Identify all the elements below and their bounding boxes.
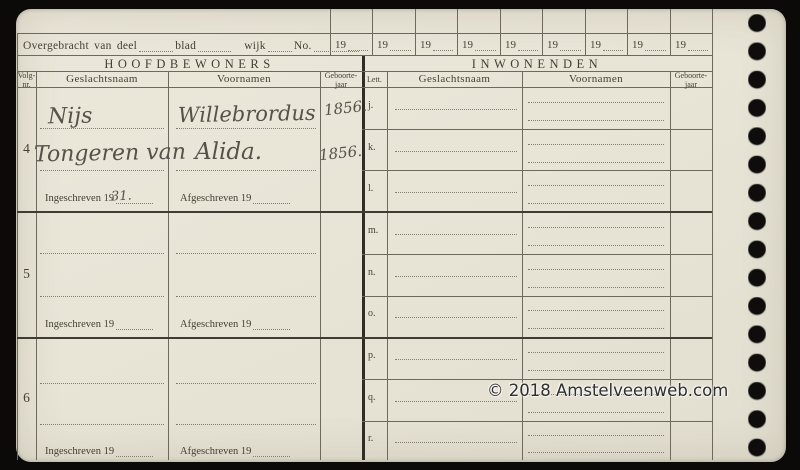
block-divider: [17, 211, 712, 213]
grid-line: [362, 170, 712, 171]
writing-line: [40, 253, 164, 254]
afgeschreven-entry4: Afgeschreven 19: [180, 193, 290, 204]
ingeschreven-label: Ingeschreven 19: [45, 446, 114, 457]
col-header-geslachtsnaam: Geslachtsnaam: [36, 73, 168, 85]
letter-row-label: o.: [368, 308, 376, 319]
afgeschreven-entry6: Afgeschreven 19: [180, 446, 290, 457]
letter-row-label: n.: [368, 267, 376, 278]
dotted-blank: [253, 453, 290, 457]
year-cell: 19: [542, 33, 585, 55]
dotted-blank: [688, 47, 708, 51]
blad-label: blad: [175, 40, 196, 52]
letter-row-label: q.: [368, 392, 376, 403]
writing-line: [176, 253, 316, 254]
grid-line: [320, 71, 321, 460]
letter-row-label: l.: [368, 183, 373, 194]
writing-line: [40, 424, 164, 425]
writing-line: [528, 452, 664, 453]
writing-line: [395, 401, 517, 402]
writing-line: [395, 192, 517, 193]
dotted-blank: [253, 200, 290, 204]
ingeschreven-entry4: Ingeschreven 19: [45, 193, 153, 204]
punch-holes-strip: [748, 14, 766, 458]
grid-line: [362, 296, 712, 297]
handwritten-ingeschreven-jaar: 31.: [111, 188, 132, 204]
writing-line: [528, 162, 664, 163]
grid-line: [362, 379, 712, 380]
year-label: 19: [590, 39, 601, 51]
col-header-geboortejaar: Geboorte- jaar: [320, 72, 362, 89]
handwritten-geslachtsnaam: Nijs: [48, 104, 93, 130]
afgeschreven-entry5: Afgeschreven 19: [180, 319, 290, 330]
writing-line: [40, 170, 164, 171]
col-header-geboortejaar: Geboorte- jaar: [670, 72, 712, 89]
col-header-geslachtsnaam: Geslachtsnaam: [387, 73, 522, 85]
grid-line: [17, 55, 712, 56]
letter-row-label: p.: [368, 350, 376, 361]
writing-line: [395, 234, 517, 235]
letter-row-label: j.: [368, 100, 373, 111]
writing-line: [528, 435, 664, 436]
volgnr-6: 6: [17, 390, 36, 406]
year-cell: 19: [372, 33, 415, 55]
dotted-blank: [348, 47, 368, 51]
dotted-blank: [116, 326, 153, 330]
letter-row-label: r.: [368, 433, 373, 444]
col-header-voornamen: Voornamen: [522, 73, 670, 85]
handwritten-voornamen: Alida.: [195, 139, 262, 165]
writing-line: [528, 352, 664, 353]
col-header-voornamen: Voornamen: [168, 73, 320, 85]
dotted-blank: [139, 48, 173, 52]
dotted-blank: [560, 47, 581, 51]
writing-line: [528, 185, 664, 186]
year-label: 19: [505, 39, 516, 51]
writing-line: [395, 442, 517, 443]
col-header-volgnr: Volg- nr.: [16, 72, 37, 89]
handwritten-geslachtsnaam: Tongeren van: [34, 140, 186, 168]
letter-row-label: k.: [368, 142, 376, 153]
writing-line: [528, 227, 664, 228]
dotted-blank: [475, 47, 496, 51]
writing-line: [528, 310, 664, 311]
writing-line: [395, 359, 517, 360]
dotted-blank: [645, 47, 666, 51]
writing-line: [528, 245, 664, 246]
afgeschreven-label: Afgeschreven 19: [180, 193, 251, 204]
watermark: © 2018 Amstelveenweb.com: [487, 381, 728, 400]
dotted-blank: [518, 47, 538, 51]
col-header-text: jaar: [320, 81, 362, 90]
wijk-label: wijk: [244, 40, 266, 52]
year-cell: 19: [415, 33, 457, 55]
handwritten-voornamen: Willebrordus: [178, 101, 316, 127]
writing-line: [528, 328, 664, 329]
year-label: 19: [547, 39, 558, 51]
ingeschreven-label: Ingeschreven 19: [45, 319, 114, 330]
ingeschreven-entry6: Ingeschreven 19: [45, 446, 153, 457]
year-label: 19: [377, 39, 388, 51]
year-label: 19: [632, 39, 643, 51]
grid-line: [168, 71, 169, 460]
afgeschreven-label: Afgeschreven 19: [180, 319, 251, 330]
year-cell: 19: [500, 33, 542, 55]
grid-line: [362, 254, 712, 255]
dotted-blank: [198, 48, 231, 52]
writing-line: [528, 144, 664, 145]
transfer-label: Overgebracht van deel: [23, 40, 137, 52]
inwonenden-title: INWONENDEN: [362, 57, 712, 72]
writing-line: [528, 287, 664, 288]
writing-line: [395, 109, 517, 110]
writing-line: [528, 203, 664, 204]
writing-line: [528, 269, 664, 270]
dotted-blank: [253, 326, 290, 330]
writing-line: [176, 296, 316, 297]
writing-line: [528, 120, 664, 121]
year-cell: 19: [670, 33, 712, 55]
grid-line: [17, 87, 712, 88]
grid-line: [36, 71, 37, 460]
writing-line: [395, 276, 517, 277]
year-cell: 19: [585, 33, 627, 55]
year-cell: 19: [330, 33, 372, 55]
volgnr-5: 5: [17, 266, 36, 282]
writing-line: [176, 424, 316, 425]
year-label: 19: [335, 39, 346, 51]
writing-line: [528, 102, 664, 103]
writing-line: [40, 383, 164, 384]
block-divider: [17, 337, 712, 339]
afgeschreven-label: Afgeschreven 19: [180, 446, 251, 457]
writing-line: [395, 151, 517, 152]
hoofdbewoners-title: HOOFDBEWONERS: [17, 57, 362, 72]
letter-row-label: m.: [368, 225, 378, 236]
year-cell: 19: [457, 33, 500, 55]
grid-line: [362, 421, 712, 422]
dotted-blank: [116, 453, 153, 457]
col-header-lett: Lett.: [362, 76, 387, 85]
year-label: 19: [462, 39, 473, 51]
writing-line: [528, 370, 664, 371]
year-label: 19: [675, 39, 686, 51]
col-header-text: jaar: [670, 81, 712, 90]
dotted-blank: [603, 47, 623, 51]
grid-line: [362, 129, 712, 130]
transfer-row: Overgebracht van deel blad wijk No.: [23, 36, 361, 52]
dotted-blank: [268, 48, 292, 52]
year-cell: 19: [627, 33, 670, 55]
dotted-blank: [390, 47, 411, 51]
col-header-text: nr.: [16, 81, 37, 90]
scanned-register-page: Overgebracht van deel blad wijk No. 19 1…: [0, 0, 800, 470]
no-label: No.: [294, 40, 312, 52]
dotted-blank: [433, 47, 453, 51]
writing-line: [40, 296, 164, 297]
writing-line: [528, 412, 664, 413]
ingeschreven-label: Ingeschreven 19: [45, 193, 114, 204]
writing-line: [176, 383, 316, 384]
writing-line: [176, 128, 316, 129]
ingeschreven-entry5: Ingeschreven 19: [45, 319, 153, 330]
writing-line: [176, 170, 316, 171]
section-divider: [362, 55, 365, 460]
writing-line: [395, 317, 517, 318]
year-label: 19: [420, 39, 431, 51]
